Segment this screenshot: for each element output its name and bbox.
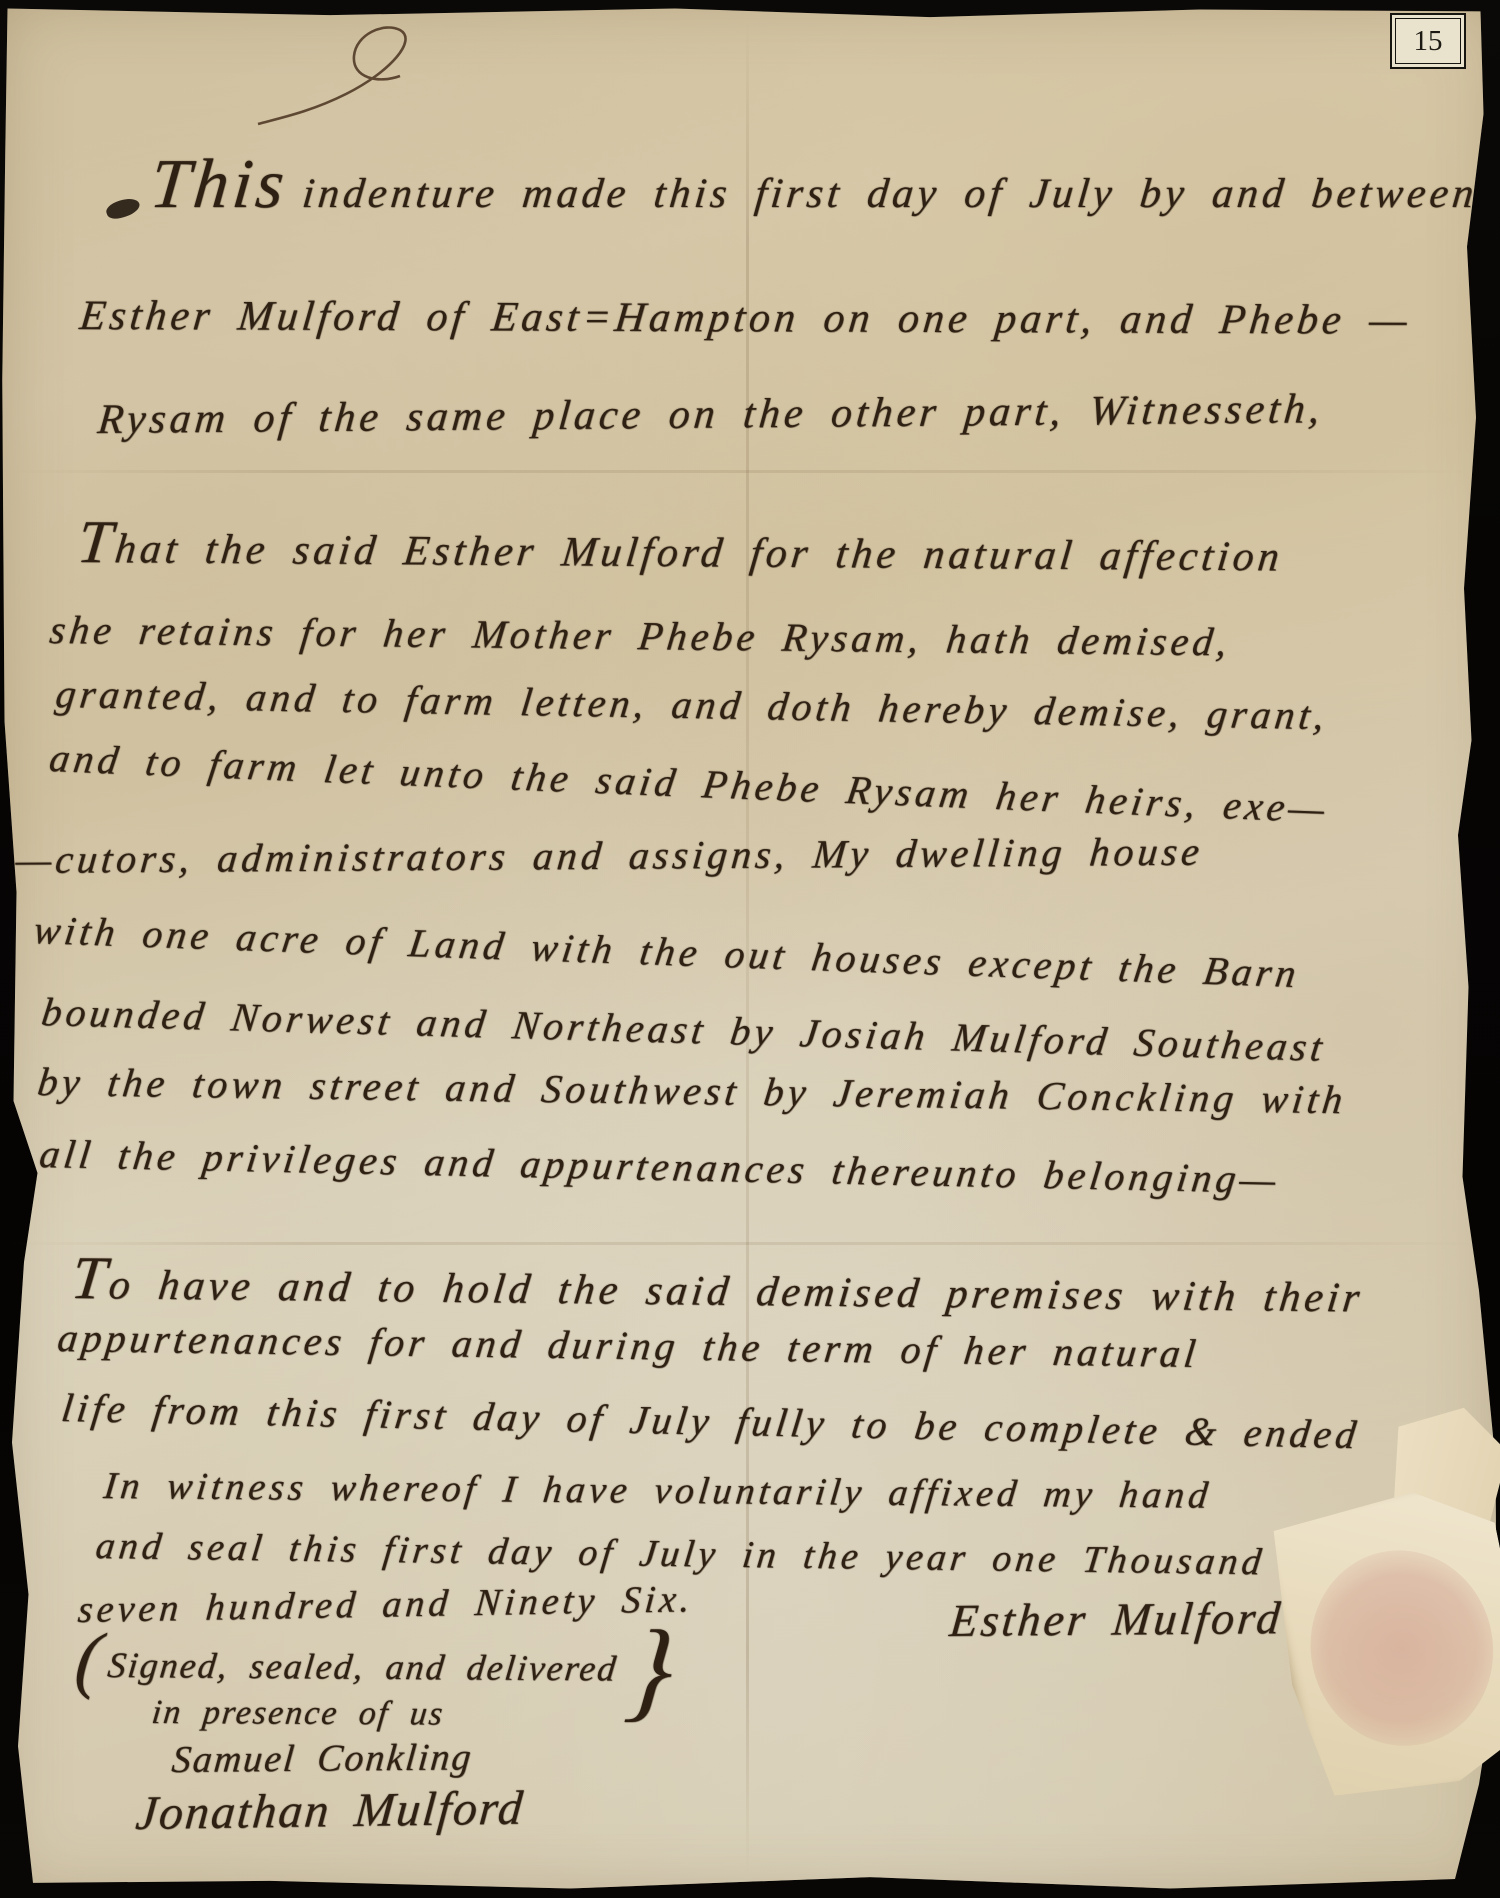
horizontal-fold-crease-lower: [8, 1242, 1478, 1245]
indenture-line-2: Esther Mulford of East=Hampton on one pa…: [77, 292, 1413, 345]
scanned-document: 15 Thisindenture made this first day of …: [0, 0, 1500, 1898]
opening-word: This: [147, 146, 292, 223]
grantor-signature: Esther Mulford: [947, 1591, 1285, 1647]
indenture-line-1: Thisindenture made this first day of Jul…: [147, 170, 1479, 218]
opening-line-text: indenture made this first day of July by…: [300, 171, 1480, 217]
indenture-line-4: That the said Esther Mulford for the nat…: [74, 508, 1287, 586]
witness-signature-jonathan-mulford: Jonathan Mulford: [133, 1781, 526, 1841]
horizontal-fold-crease-upper: [8, 470, 1478, 473]
attestation-line-2: in presence of us: [150, 1694, 446, 1734]
witness-signature-samuel-conkling: Samuel Conkling: [170, 1735, 475, 1782]
attestation-line-1: Signed, sealed, and delivered: [106, 1644, 620, 1690]
seal-impression: [1292, 1533, 1500, 1763]
folio-number: 15: [1395, 18, 1461, 64]
pen-flourish-icon: [250, 20, 460, 140]
indenture-line-13: To have and to hold the said demised pre…: [68, 1244, 1368, 1327]
indenture-line-8: —cutors, administrators and assigns, My …: [14, 828, 1206, 883]
folio-number-box: 15: [1390, 13, 1466, 69]
